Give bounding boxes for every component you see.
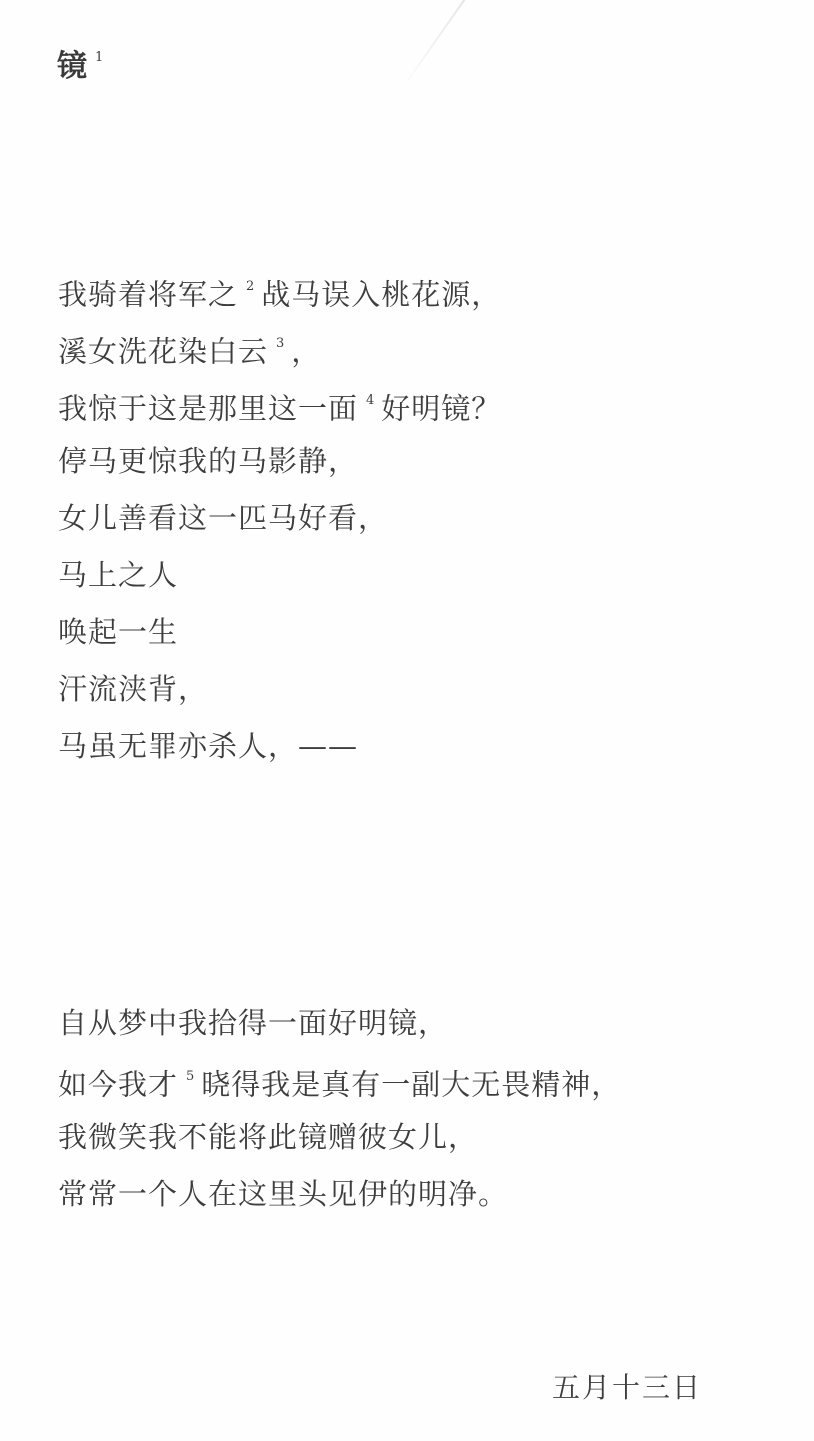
poem-line: 溪女洗花染白云3， (58, 319, 501, 376)
line-text: 马虽无罪亦杀人，—— (58, 729, 358, 763)
line-text: 我惊于这是那里这一面 (58, 392, 358, 426)
poem-line: 我骑着将军之2战马误入桃花源， (58, 262, 501, 319)
poem-line: 停马更惊我的马影静， (58, 433, 501, 490)
footnote-marker: 1 (95, 50, 103, 65)
line-text: 自从梦中我拾得一面好明镜， (58, 1006, 448, 1040)
line-text: 女儿善看这一匹马好看， (58, 501, 388, 535)
poem-line: 马上之人 (58, 547, 501, 604)
footnote-marker: 4 (366, 393, 375, 408)
line-text: 晓得我是真有一副大无畏精神， (201, 1068, 621, 1102)
line-text: 战马误入桃花源， (261, 278, 501, 312)
footnote-marker: 2 (246, 279, 255, 294)
line-text: 好明镜？ (381, 392, 501, 426)
footnote-marker: 3 (276, 336, 285, 351)
line-text: 马上之人 (58, 558, 178, 592)
poem-title: 镜1 (57, 40, 109, 89)
poem-line: 常常一个人在这里头见伊的明净。 (58, 1166, 621, 1223)
poem-line: 马虽无罪亦杀人，—— (58, 718, 501, 775)
stanza-1: 我骑着将军之2战马误入桃花源， 溪女洗花染白云3， 我惊于这是那里这一面4好明镜… (58, 262, 501, 775)
document-page: 镜1 我骑着将军之2战马误入桃花源， 溪女洗花染白云3， 我惊于这是那里这一面4… (0, 0, 814, 1441)
line-text: 汗流浃背， (58, 672, 208, 706)
line-text: 停马更惊我的马影静， (58, 444, 358, 478)
line-text: 唤起一生 (58, 615, 178, 649)
poem-title-text: 镜 (57, 49, 87, 84)
line-text: ， (291, 335, 321, 369)
line-text: 我微笑我不能将此镜赠彼女儿， (58, 1120, 478, 1154)
poem-line: 汗流浃背， (58, 661, 501, 718)
line-text: 我骑着将军之 (58, 278, 238, 312)
paper-crease-mark (407, 0, 472, 81)
poem-line: 如今我才5晓得我是真有一副大无畏精神， (58, 1052, 621, 1109)
footnote-marker: 5 (186, 1069, 195, 1084)
line-text: 常常一个人在这里头见伊的明净。 (58, 1177, 508, 1211)
poem-line: 我微笑我不能将此镜赠彼女儿， (58, 1109, 621, 1166)
stanza-2: 自从梦中我拾得一面好明镜， 如今我才5晓得我是真有一副大无畏精神， 我微笑我不能… (58, 995, 621, 1223)
poem-line: 自从梦中我拾得一面好明镜， (58, 995, 621, 1052)
poem-line: 我惊于这是那里这一面4好明镜？ (58, 376, 501, 433)
poem-line: 女儿善看这一匹马好看， (58, 490, 501, 547)
poem-line: 唤起一生 (58, 604, 501, 661)
line-text: 如今我才 (58, 1068, 178, 1102)
poem-date: 五月十三日 (552, 1368, 702, 1408)
line-text: 溪女洗花染白云 (58, 335, 268, 369)
